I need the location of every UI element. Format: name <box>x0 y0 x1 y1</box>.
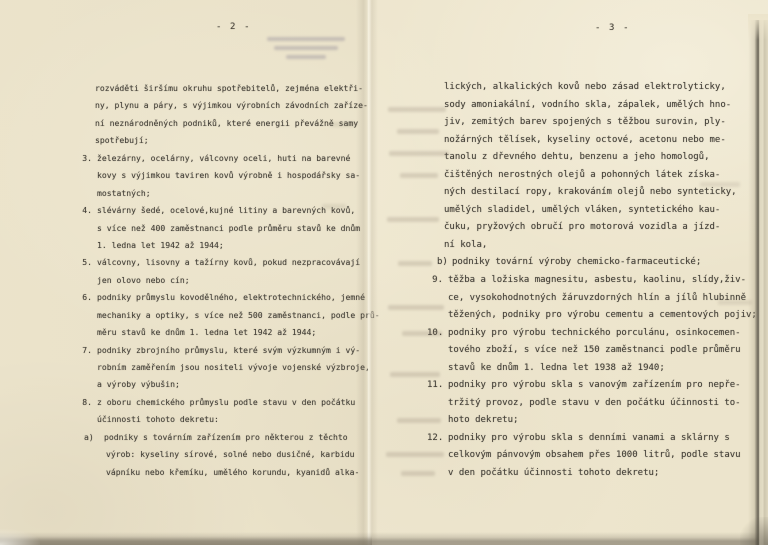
text-line: a výroby výbušin; <box>0 376 368 393</box>
text-line: robním zaměřením jsou nositeli vývoje vo… <box>0 359 368 376</box>
bleedthrough-smudge <box>401 471 435 476</box>
text-line: 5.válcovny, lisovny a tažírny kovů, poku… <box>0 254 368 271</box>
text-line: ny, plynu a páry, s výjimkou výrobních z… <box>0 97 368 114</box>
text-line: čuku, pryžových obručí pro motorová vozi… <box>368 219 768 237</box>
text-line: 3.železárny, ocelárny, válcovny oceli, h… <box>0 150 368 167</box>
text-line: 1. ledna let 1942 až 1944; <box>0 237 368 254</box>
list-marker: 12. <box>427 430 443 448</box>
text-line: kovy s výjimkou taviren kovů výrobně i h… <box>0 167 368 184</box>
list-marker: 4. <box>72 202 92 219</box>
bleedthrough-smudge <box>402 331 442 336</box>
list-marker: a) <box>84 429 94 446</box>
text-line: tržitý provoz, podle stavu v den počátku… <box>368 395 768 413</box>
bleedthrough-smudge <box>700 182 740 187</box>
bleedthrough-smudge <box>330 122 356 127</box>
text-line: 8.z oboru chemického průmyslu podle stav… <box>0 394 368 411</box>
text-line: a)podniky s továrním zařízením pro někte… <box>0 429 368 446</box>
bleedthrough-smudge <box>718 300 752 305</box>
text-line: 11.podniky pro výrobu skla s vanovým zař… <box>368 377 768 395</box>
bleedthrough-smudge <box>389 151 449 156</box>
text-line: tového zboží, s více než 150 zaměstnanci… <box>368 342 768 360</box>
bleedthrough-smudge <box>398 261 432 266</box>
text-line: 4.slévárny šedé, ocelové,kujné litiny a … <box>0 202 368 219</box>
list-marker: 5. <box>72 254 92 271</box>
list-marker: 11. <box>427 377 443 395</box>
bleedthrough-smudge <box>390 372 440 377</box>
page-3: - 3 - lických, alkalických kovů nebo zás… <box>368 0 768 545</box>
text-line: vápníku nebo křemíku, umělého korundu, k… <box>0 464 368 481</box>
bleedthrough-smudge <box>397 129 439 134</box>
text-line: 12.podniky pro výrobu skla s denními van… <box>368 430 768 448</box>
text-line: měru stavů ke dnům 1. ledna let 1942 až … <box>0 324 368 341</box>
text-line: účinnosti tohoto dekretu: <box>0 411 368 428</box>
bleedthrough-smudge <box>386 452 444 457</box>
text-line: nožárných tělísek, kyseliny octové, acet… <box>368 132 768 150</box>
list-marker: 7. <box>72 342 92 359</box>
bleedthrough-smudge <box>388 305 444 310</box>
text-line: spotřebují; <box>0 132 368 149</box>
list-marker: b) <box>437 254 448 272</box>
page-number: - 2 - <box>216 22 251 32</box>
text-line: rozváděti širšímu okruhu spotřebitelů, z… <box>0 80 368 97</box>
bleedthrough-smudge <box>397 418 441 423</box>
page-2-text: rozváděti širšímu okruhu spotřebitelů, z… <box>0 80 368 481</box>
bleedthrough-smudge <box>387 217 439 222</box>
page-2: - 2 - rozváděti širšímu okruhu spotřebit… <box>0 0 368 545</box>
list-marker: 8. <box>72 394 92 411</box>
text-line: lických, alkalických kovů nebo zásad ele… <box>368 79 768 97</box>
text-line: 6.podniky průmyslu kovodělného, elektrot… <box>0 289 368 306</box>
bleedthrough-smudge <box>322 204 346 209</box>
text-line: mechaniky a optiky, s více než 500 zaměs… <box>0 307 368 324</box>
bleedthrough-smudge <box>400 173 438 178</box>
text-line: 9.těžba a ložiska magnesitu, asbestu, ka… <box>368 272 768 290</box>
text-line: ní kola, <box>368 237 768 255</box>
text-line: s více než 400 zaměstnanci podle průměru… <box>0 220 368 237</box>
text-line: ní neznárodněných podniků, které energii… <box>0 115 368 132</box>
text-line: výrob: kyseliny sírové, solné nebo dusič… <box>0 446 368 463</box>
bleedthrough-smudge <box>388 107 446 112</box>
document-scan: - 2 - rozváděti širšímu okruhu spotřebit… <box>0 0 768 545</box>
text-line: jen olovo nebo cín; <box>0 272 368 289</box>
text-line: 7.podniky zbrojního průmyslu, které svým… <box>0 342 368 359</box>
list-marker: 3. <box>72 150 92 167</box>
list-marker: 6. <box>72 289 92 306</box>
text-line: mostatných; <box>0 185 368 202</box>
stamp-smudge <box>263 37 349 69</box>
page-number: - 3 - <box>595 23 630 33</box>
list-marker: 9. <box>427 272 443 290</box>
